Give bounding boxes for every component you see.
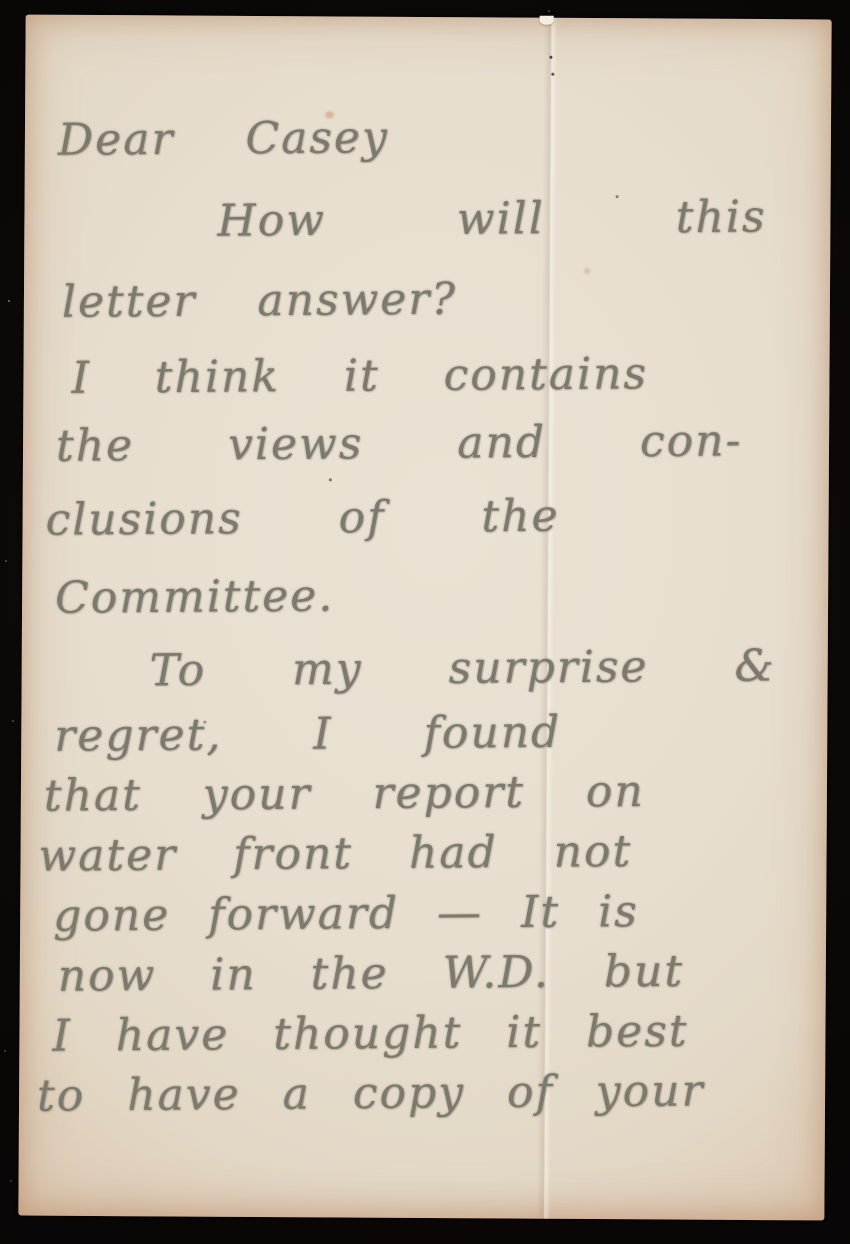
dust-specks	[8, 300, 10, 302]
handwritten-line: clusions of the	[45, 491, 559, 546]
handwritten-line: to have a copy of your	[37, 1065, 705, 1121]
handwritten-line: How will this	[217, 191, 766, 246]
handwritten-line: Dear Casey	[58, 112, 389, 166]
foxing-stain	[584, 268, 590, 274]
handwritten-line: the views and con-	[56, 415, 743, 471]
handwritten-line: letter answer?	[62, 274, 457, 328]
handwritten-line: I think it contains	[71, 348, 648, 404]
handwritten-line: I have thought it best	[52, 1006, 688, 1062]
handwritten-line: now in the W.D. but	[58, 946, 685, 1002]
paper-specks	[549, 56, 552, 59]
handwritten-line: that your report on	[44, 766, 645, 822]
crease-tear-mark	[540, 16, 554, 25]
handwritten-line: To my surprise &	[149, 640, 775, 696]
letter-paper: Dear Casey How will this letter answer? …	[18, 15, 831, 1221]
handwritten-line: water front had not	[38, 826, 632, 882]
handwritten-line: Committee.	[55, 571, 335, 624]
photo-background: Dear Casey How will this letter answer? …	[0, 0, 850, 1244]
handwritten-line: gone forward — It is	[53, 886, 639, 942]
handwritten-line: regret, I found	[54, 707, 561, 762]
